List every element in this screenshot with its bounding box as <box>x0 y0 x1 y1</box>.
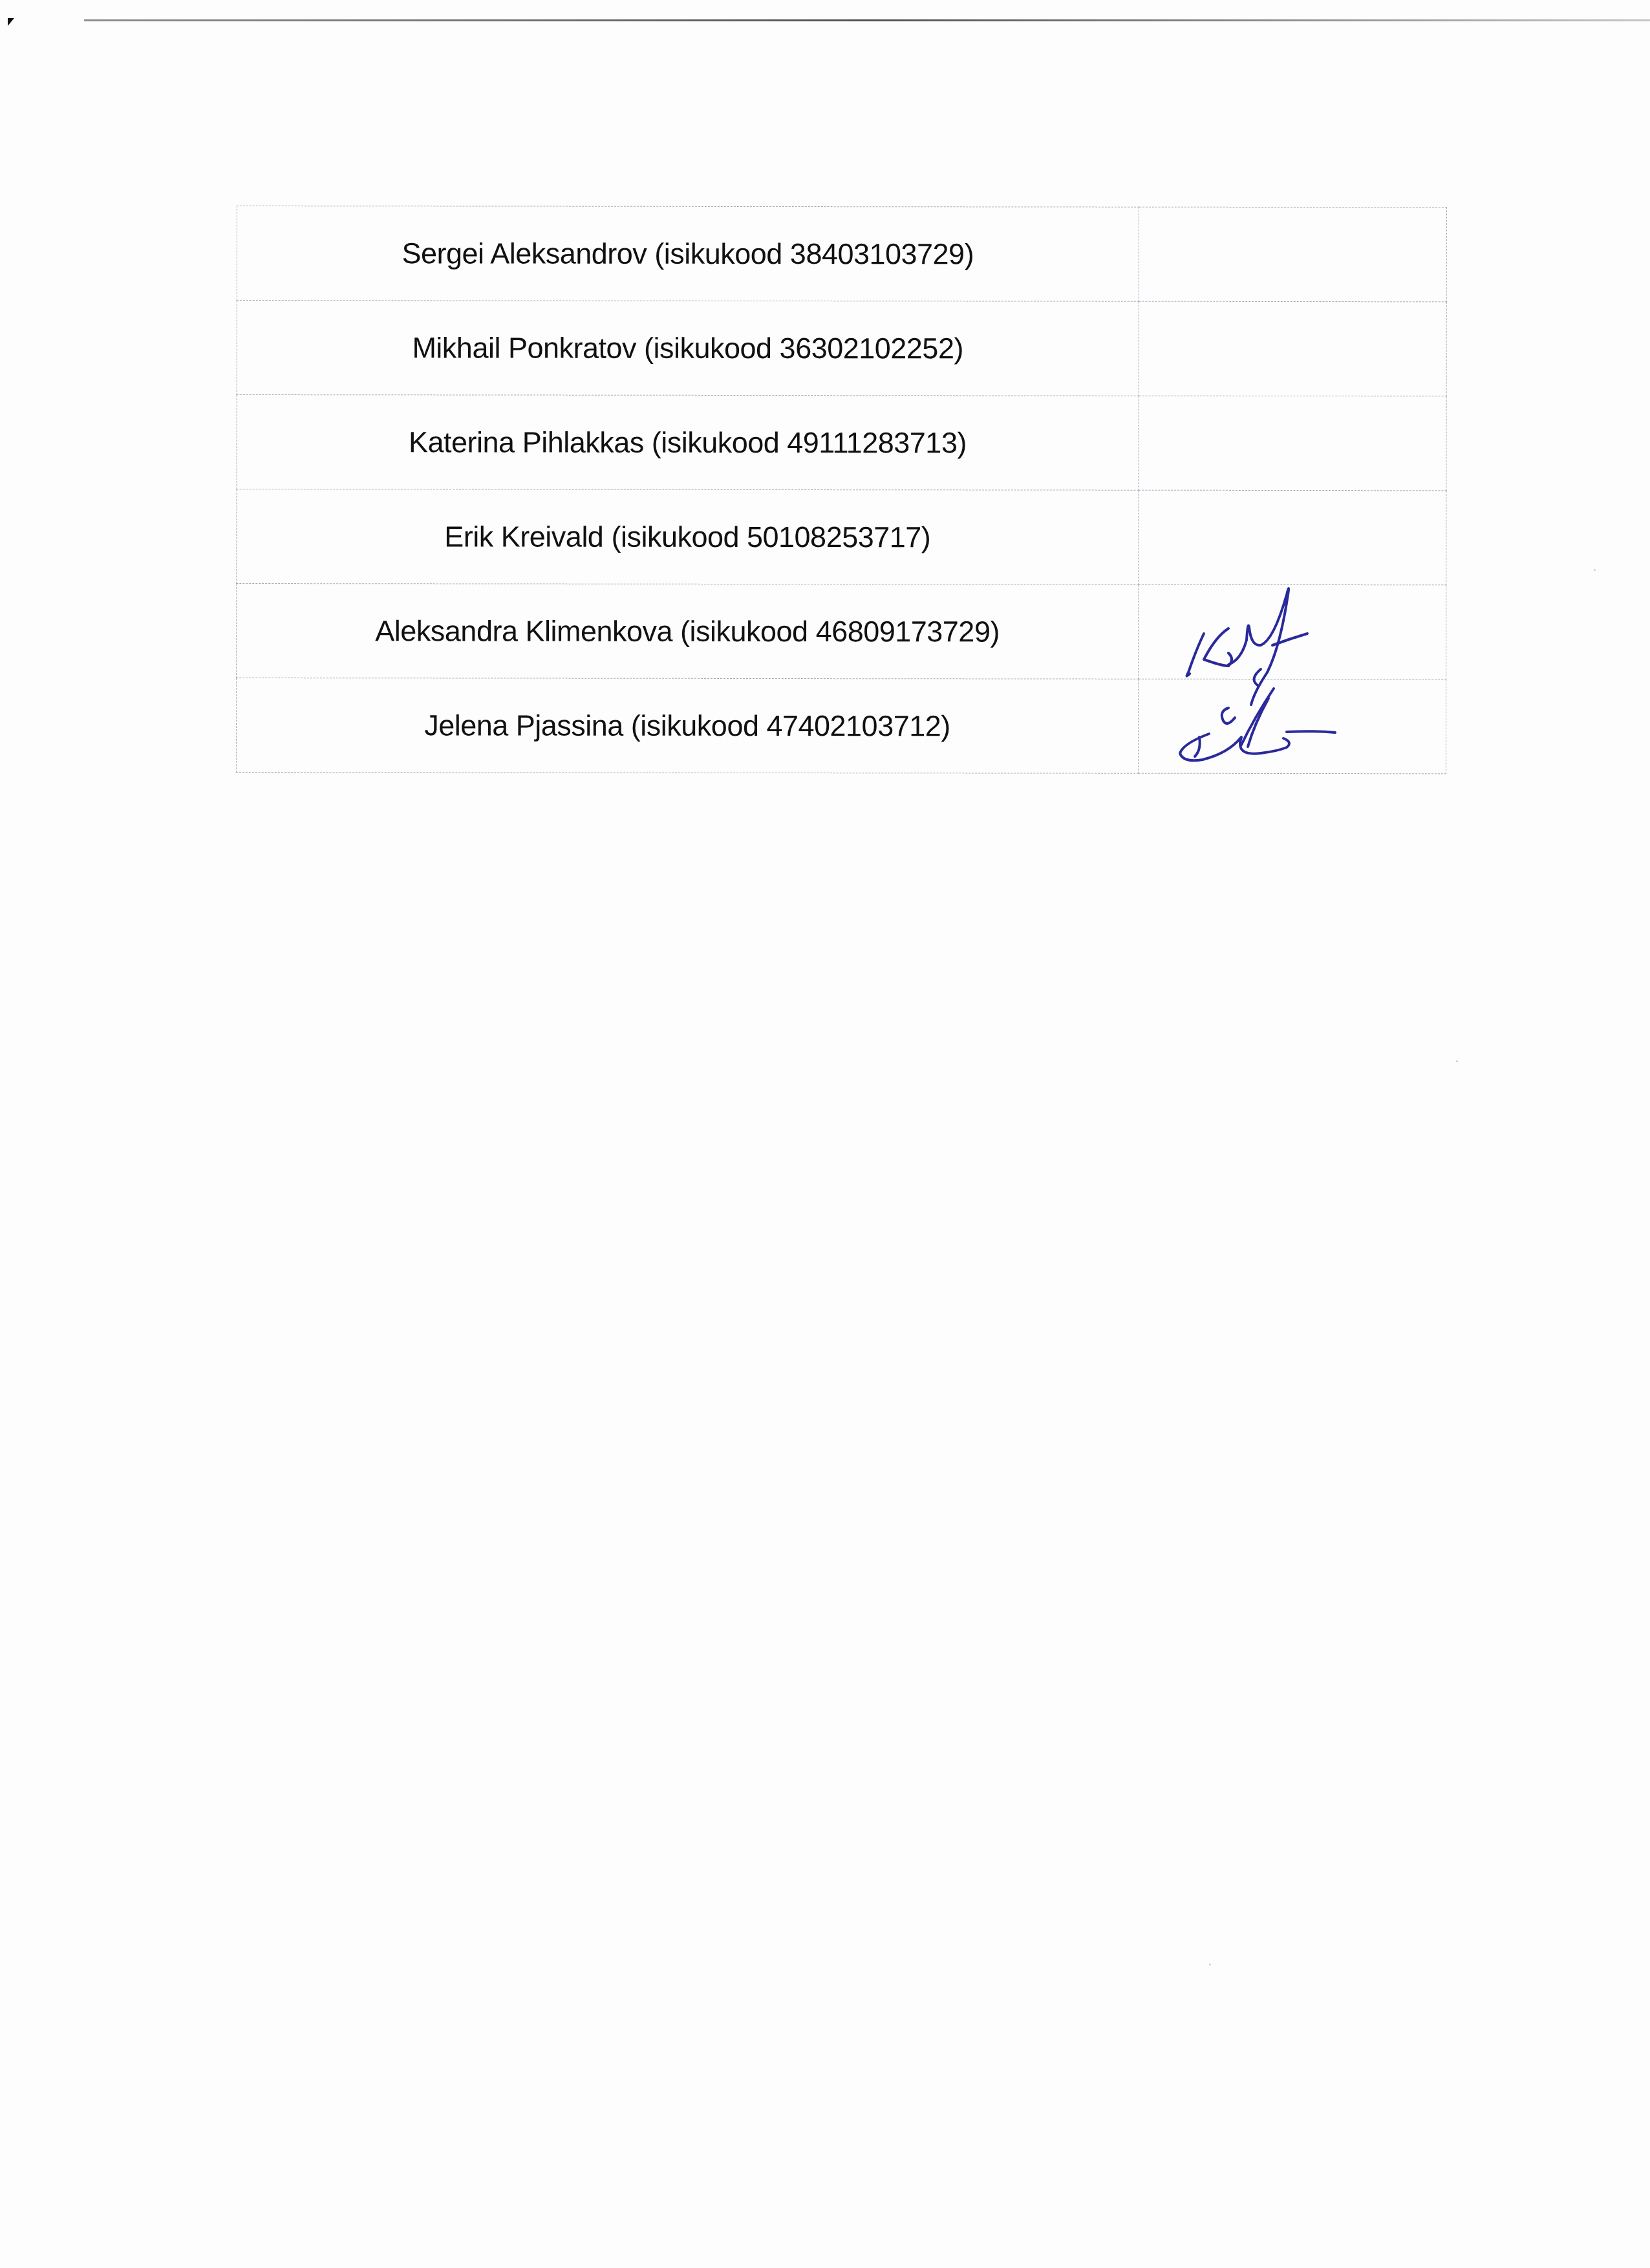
table-row: Jelena Pjassina (isikukood 47402103712) <box>236 678 1446 774</box>
signatory-name: Katerina Pihlakkas (isikukood 4911128371… <box>237 395 1139 491</box>
signature-cell <box>1139 396 1446 491</box>
signatory-name: Erik Kreivald (isikukood 50108253717) <box>237 489 1139 585</box>
table-row: Aleksandra Klimenkova (isikukood 4680917… <box>237 584 1446 679</box>
table-row: Sergei Aleksandrov (isikukood 3840310372… <box>237 206 1446 302</box>
table-row: Erik Kreivald (isikukood 50108253717) <box>237 489 1446 585</box>
scan-top-edge <box>84 19 1650 21</box>
signature-cell <box>1138 679 1446 774</box>
scan-corner-mark <box>8 18 14 26</box>
signature-cell <box>1139 207 1446 302</box>
signature-table: Sergei Aleksandrov (isikukood 3840310372… <box>236 206 1447 774</box>
scan-speck <box>1209 1963 1211 1965</box>
signature-cell <box>1139 301 1446 396</box>
scan-speck <box>1456 1060 1458 1062</box>
scan-speck <box>1594 569 1596 571</box>
signature-cell <box>1138 584 1446 679</box>
signatory-name: Sergei Aleksandrov (isikukood 3840310372… <box>237 206 1139 302</box>
table-row: Mikhail Ponkratov (isikukood 36302102252… <box>237 301 1446 396</box>
table-row: Katerina Pihlakkas (isikukood 4911128371… <box>237 395 1446 491</box>
signatory-name: Mikhail Ponkratov (isikukood 36302102252… <box>237 301 1139 396</box>
signature-cell <box>1139 490 1446 585</box>
signatory-name: Aleksandra Klimenkova (isikukood 4680917… <box>237 584 1139 679</box>
signatory-name: Jelena Pjassina (isikukood 47402103712) <box>236 678 1138 774</box>
